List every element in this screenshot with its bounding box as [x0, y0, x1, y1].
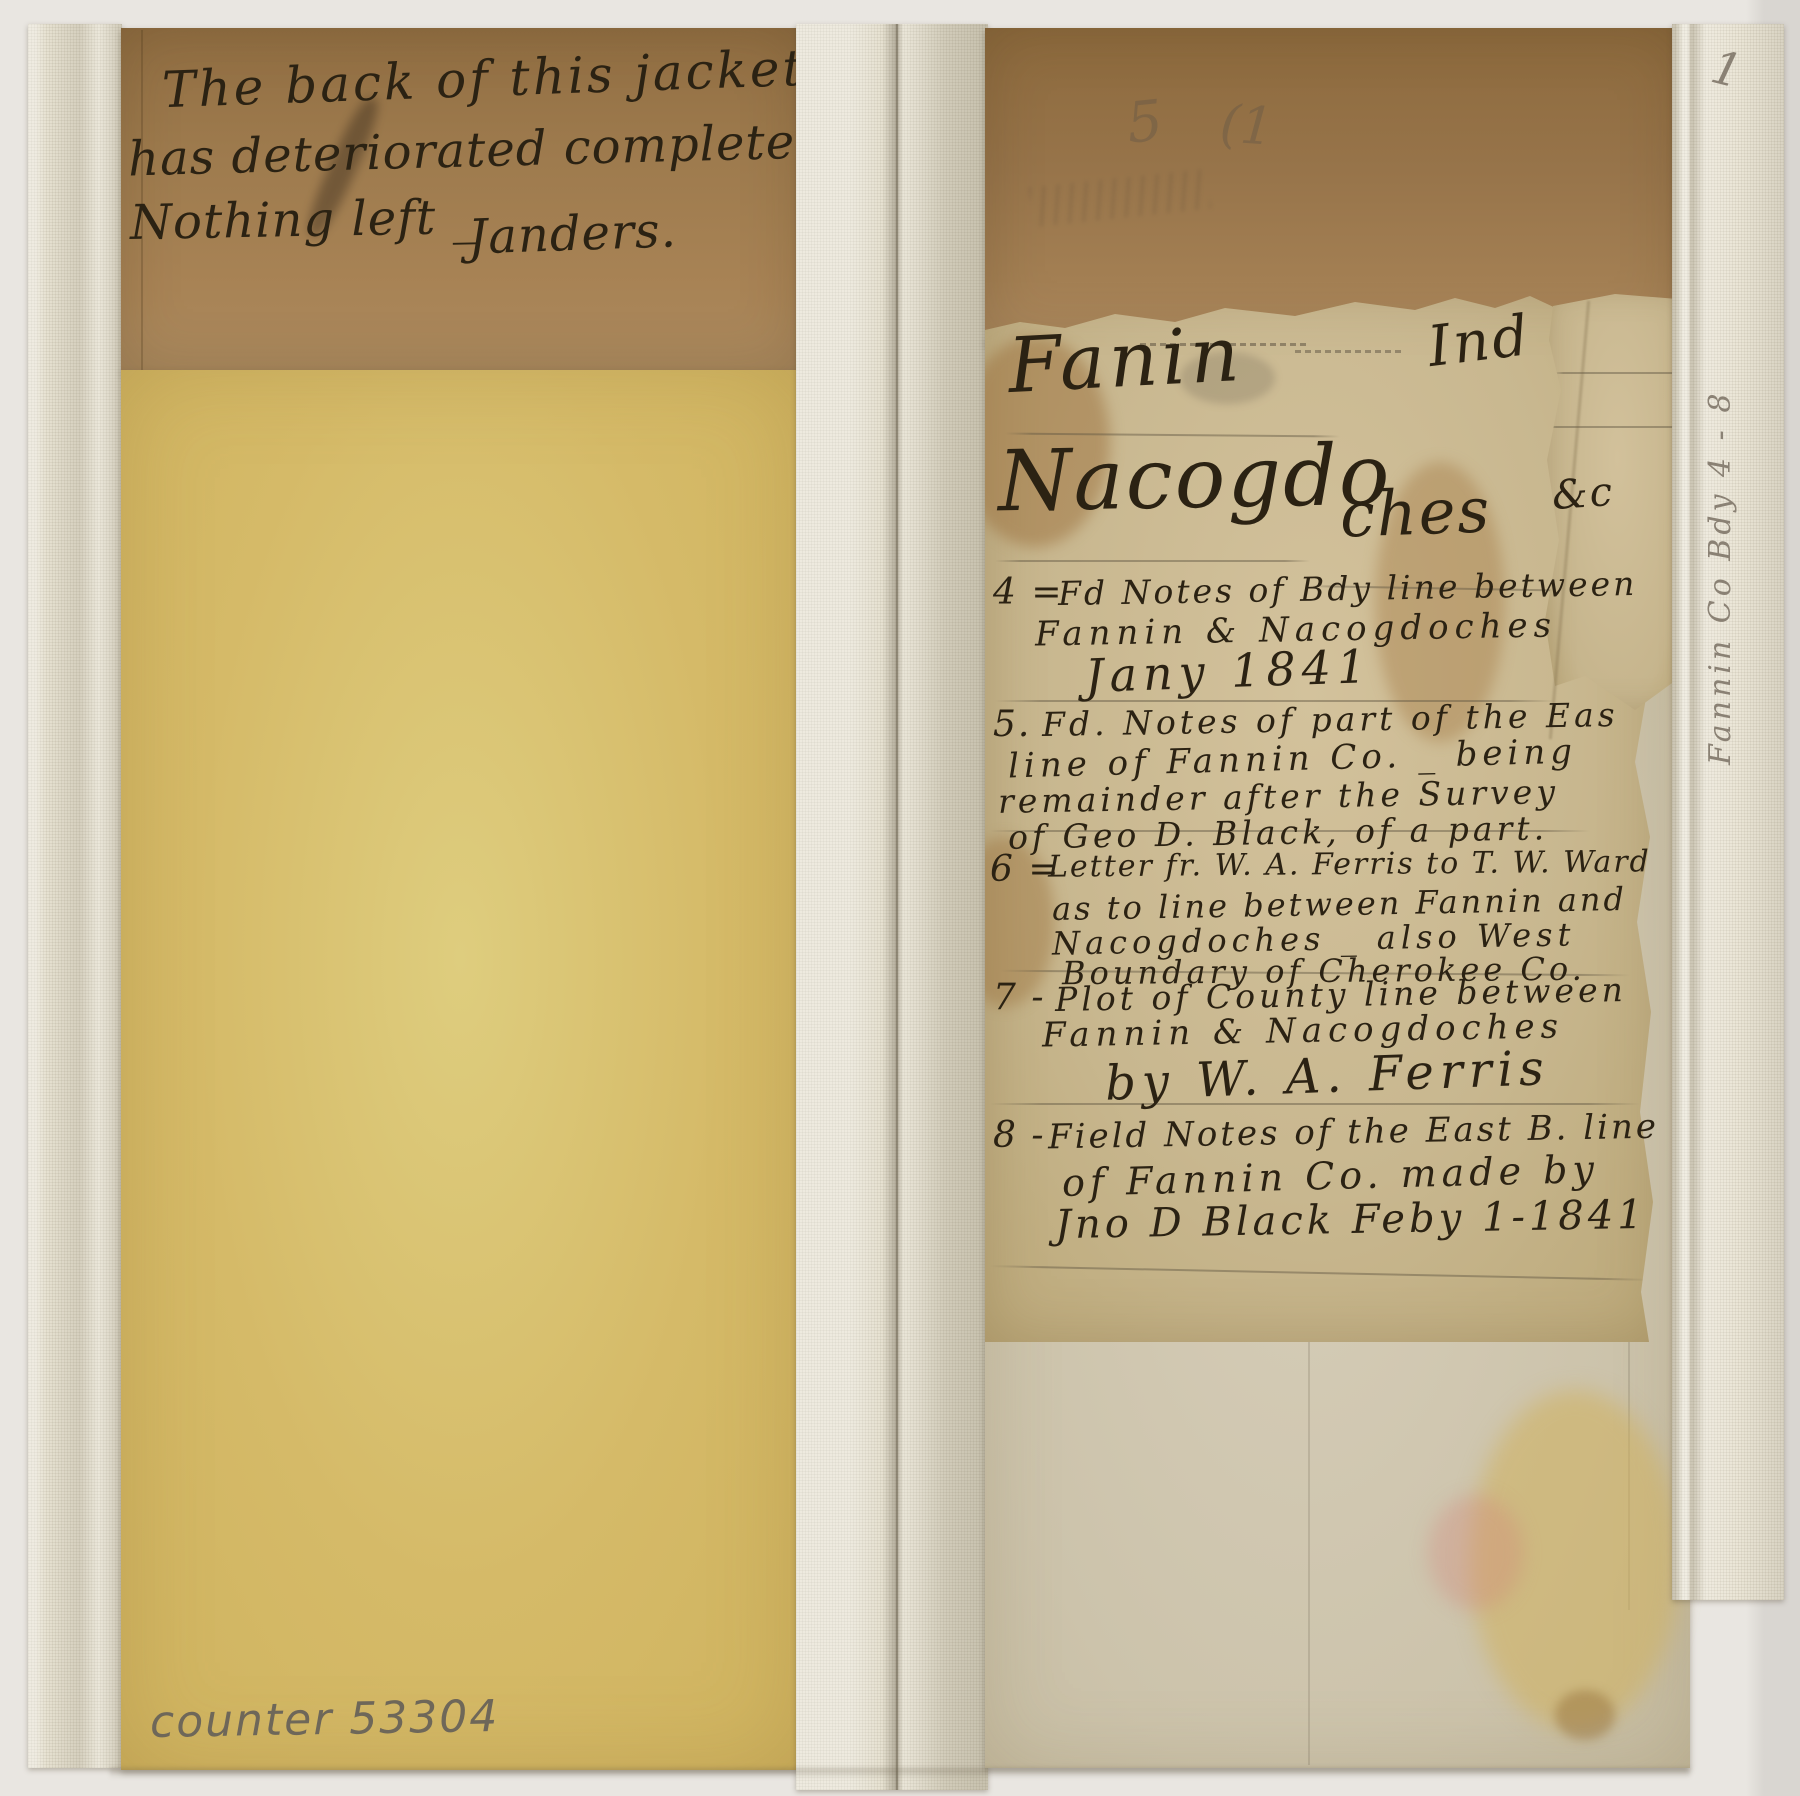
- rule-under-title2a: [995, 560, 1310, 562]
- faint-pencil-mark-5: 5: [1124, 93, 1165, 152]
- left-jacket-yellow-paper: [121, 370, 800, 1770]
- index-title-word2-part1: Nacogdo: [997, 433, 1392, 524]
- scanned-archival-document: The back of this jacket has deteriorated…: [0, 0, 1800, 1796]
- rule-under-item8: [990, 1265, 1650, 1281]
- index-title-word2-suffix: &c: [1551, 472, 1616, 516]
- center-tape-fold-line: [896, 24, 898, 1790]
- item4-line1: Fd Notes of Bdy line between: [1058, 567, 1638, 610]
- index-title-fragment-word: Ind: [1425, 308, 1534, 376]
- right-binding-tape: [1672, 24, 1784, 1600]
- bottom-edge-shadow: [110, 1768, 1690, 1778]
- center-binding-tape: [796, 24, 988, 1790]
- brown-spot-stain: [1555, 1690, 1615, 1740]
- printed-dash-remnant-2: [1295, 350, 1405, 353]
- item7-number: 7 -: [993, 980, 1046, 1016]
- faint-pencil-mark-paren-1: (1: [1218, 98, 1275, 154]
- item5-number: 5.: [993, 707, 1031, 743]
- item7-line3: by W. A. Ferris: [1104, 1044, 1550, 1107]
- pink-stain: [1428, 1495, 1523, 1610]
- left-note-line-3: Nothing left _: [130, 193, 478, 247]
- left-note-signature: Janders.: [467, 206, 677, 261]
- item4-line3: Jany 1841: [1084, 643, 1373, 699]
- index-title-word2-part2: ches: [1339, 479, 1492, 546]
- item8-line3: Jno D Black Feby 1-1841: [1055, 1195, 1647, 1245]
- item4-number: 4 =: [993, 575, 1064, 611]
- item8-number: 8 -: [993, 1118, 1046, 1154]
- counter-number-label: counter 53304: [150, 1695, 500, 1745]
- spine-label: Fannin Co Bdy 4 - 8: [1706, 265, 1736, 765]
- fragment-rule-2: [1545, 426, 1685, 428]
- item6-line1: Letter fr. W. A. Ferris to T. W. Ward: [1048, 847, 1651, 882]
- fragment-rule-1: [1553, 372, 1683, 374]
- left-binding-tape: [28, 24, 122, 1768]
- lower-sheet-crease-left: [1308, 1340, 1310, 1765]
- index-title-word1: Fanin: [1006, 316, 1245, 404]
